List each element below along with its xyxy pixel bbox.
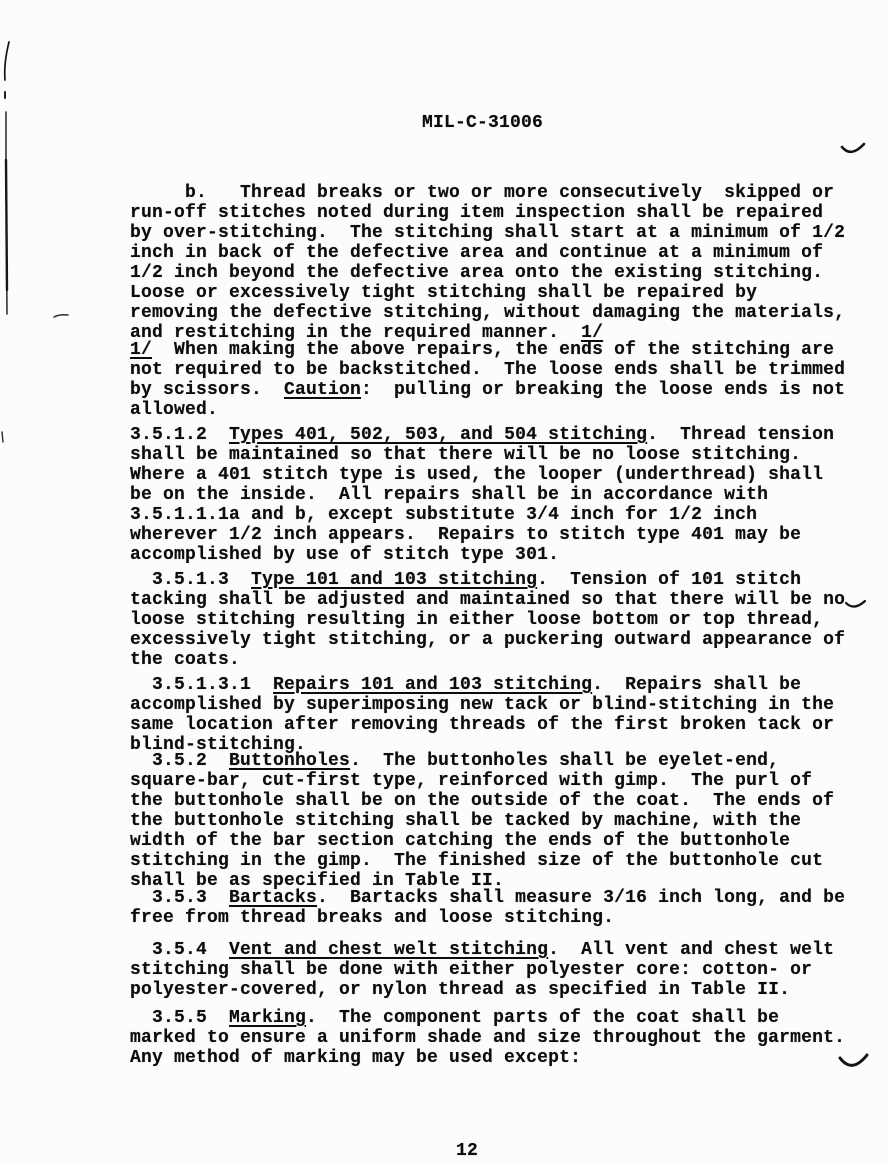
- text-line: Any method of marking may be used except…: [130, 1048, 845, 1068]
- text-line: the buttonhole shall be on the outside o…: [130, 791, 834, 811]
- text-line: b. Thread breaks or two or more consecut…: [130, 183, 845, 203]
- footnote-1: 1/ When making the above repairs, the en…: [130, 340, 845, 420]
- text-line: stitching in the gimp. The finished size…: [130, 851, 834, 871]
- text-line: 3.5.1.3.1 Repairs 101 and 103 stitching.…: [130, 675, 834, 695]
- text-line: loose stitching resulting in either loos…: [130, 610, 845, 630]
- para-3-5-5: 3.5.5 Marking. The component parts of th…: [130, 1008, 845, 1068]
- text-line: tacking shall be adjusted and maintained…: [130, 590, 845, 610]
- text-line: the coats.: [130, 650, 845, 670]
- text-line: the buttonhole stitching shall be tacked…: [130, 811, 834, 831]
- text-line: 3.5.5 Marking. The component parts of th…: [130, 1008, 845, 1028]
- para-3-5-1-3-1: 3.5.1.3.1 Repairs 101 and 103 stitching.…: [130, 675, 834, 755]
- doc-number-header: MIL-C-31006: [130, 113, 835, 133]
- text-line: removing the defective stitching, withou…: [130, 303, 845, 323]
- text-line: 3.5.2 Buttonholes. The buttonholes shall…: [130, 751, 834, 771]
- text-line: run-off stitches noted during item inspe…: [130, 203, 845, 223]
- scan-artifact-left-tick: [0, 430, 8, 446]
- text-line: Loose or excessively tight stitching sha…: [130, 283, 845, 303]
- text-line: inch in back of the defective area and c…: [130, 243, 845, 263]
- text-line: free from thread breaks and loose stitch…: [130, 908, 845, 928]
- text-line: 3.5.1.3 Type 101 and 103 stitching. Tens…: [130, 570, 845, 590]
- scan-mark-swoosh-top-right: [838, 138, 870, 160]
- para-3-5-4: 3.5.4 Vent and chest welt stitching. All…: [130, 940, 834, 1000]
- text-line: shall be maintained so that there will b…: [130, 445, 834, 465]
- para-3-5-2: 3.5.2 Buttonholes. The buttonholes shall…: [130, 751, 834, 891]
- text-line: marked to ensure a uniform shade and siz…: [130, 1028, 845, 1048]
- text-line: by scissors. Caution: pulling or breakin…: [130, 380, 845, 400]
- text-line: same location after removing threads of …: [130, 715, 834, 735]
- text-line: 1/2 inch beyond the defective area onto …: [130, 263, 845, 283]
- scanned-page: MIL-C-31006 b. Thread breaks or two or m…: [0, 0, 889, 1164]
- text-line: by over-stitching. The stitching shall s…: [130, 223, 845, 243]
- text-line: stitching shall be done with either poly…: [130, 960, 834, 980]
- scan-artifact-left-edge-line: [0, 36, 16, 456]
- text-line: 1/ When making the above repairs, the en…: [130, 340, 845, 360]
- page-number: 12: [456, 1141, 478, 1161]
- text-line: accomplished by superimposing new tack o…: [130, 695, 834, 715]
- text-line: width of the bar section catching the en…: [130, 831, 834, 851]
- para-3-5-1-2: 3.5.1.2 Types 401, 502, 503, and 504 sti…: [130, 425, 834, 565]
- text-line: 3.5.1.1.1a and b, except substitute 3/4 …: [130, 505, 834, 525]
- scan-artifact-left-dash: [50, 310, 74, 322]
- text-line: wherever 1/2 inch appears. Repairs to st…: [130, 525, 834, 545]
- text-line: not required to be backstitched. The loo…: [130, 360, 845, 380]
- text-line: accomplished by use of stitch type 301.: [130, 545, 834, 565]
- text-line: Where a 401 stitch type is used, the loo…: [130, 465, 834, 485]
- text-line: 3.5.1.2 Types 401, 502, 503, and 504 sti…: [130, 425, 834, 445]
- text-line: polyester-covered, or nylon thread as sp…: [130, 980, 834, 1000]
- text-line: excessively tight stitching, or a pucker…: [130, 630, 845, 650]
- text-line: 3.5.3 Bartacks. Bartacks shall measure 3…: [130, 888, 845, 908]
- para-3-5-1-3: 3.5.1.3 Type 101 and 103 stitching. Tens…: [130, 570, 845, 670]
- text-line: allowed.: [130, 400, 845, 420]
- text-line: square-bar, cut-first type, reinforced w…: [130, 771, 834, 791]
- para-3-5-1-1-1b: b. Thread breaks or two or more consecut…: [130, 183, 845, 343]
- text-line: 3.5.4 Vent and chest welt stitching. All…: [130, 940, 834, 960]
- text-line: be on the inside. All repairs shall be i…: [130, 485, 834, 505]
- scan-mark-swoosh-mid-right: [842, 596, 870, 614]
- para-3-5-3: 3.5.3 Bartacks. Bartacks shall measure 3…: [130, 888, 845, 928]
